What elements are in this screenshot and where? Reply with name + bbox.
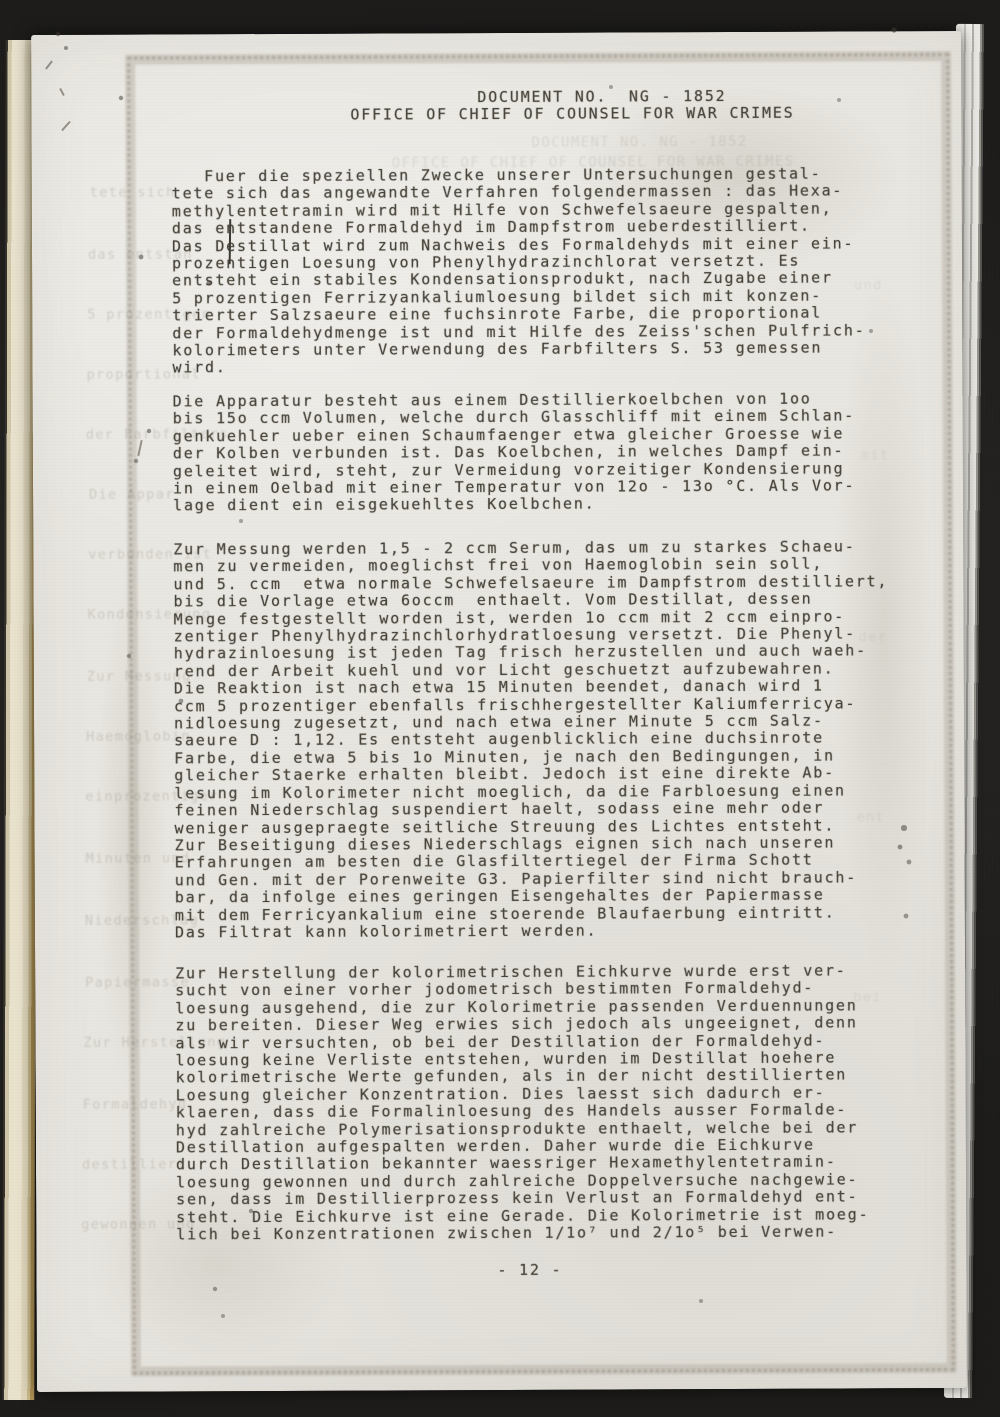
photocopy-specks <box>0 0 2 2</box>
ghost-fragment: Die Appar <box>89 486 175 502</box>
paragraph-measurement: Zur Messung werden 1,5 - 2 ccm Serum, da… <box>173 538 890 941</box>
paragraph-procedure: Fuer die speziellen Zwecke unserer Unter… <box>172 165 866 377</box>
ghost-fragment: mit <box>861 447 890 463</box>
paragraph-calibration: Zur Herstellung der kolorimetrischen Eic… <box>175 962 869 1244</box>
page-number: - 12 - <box>497 1262 562 1280</box>
ghost-fragment: Formaldehyd <box>83 1096 188 1112</box>
document-page: DOCUMENT NO. NG - 1852 OFFICE OF CHIEF O… <box>31 31 967 1392</box>
office-title-line: OFFICE OF CHIEF OF COUNSEL FOR WAR CRIME… <box>350 105 794 124</box>
ghost-fragment: destilliert <box>82 1156 187 1172</box>
photo-of-bound-document: DOCUMENT NO. NG - 1852 OFFICE OF CHIEF O… <box>0 0 1000 1417</box>
paragraph-apparatus: Die Apparatur besteht aus einem Destilli… <box>173 390 856 515</box>
ghost-fragment: tete sich <box>90 184 176 200</box>
ghost-header-line1: DOCUMENT NO. NG - 1852 <box>531 134 747 151</box>
